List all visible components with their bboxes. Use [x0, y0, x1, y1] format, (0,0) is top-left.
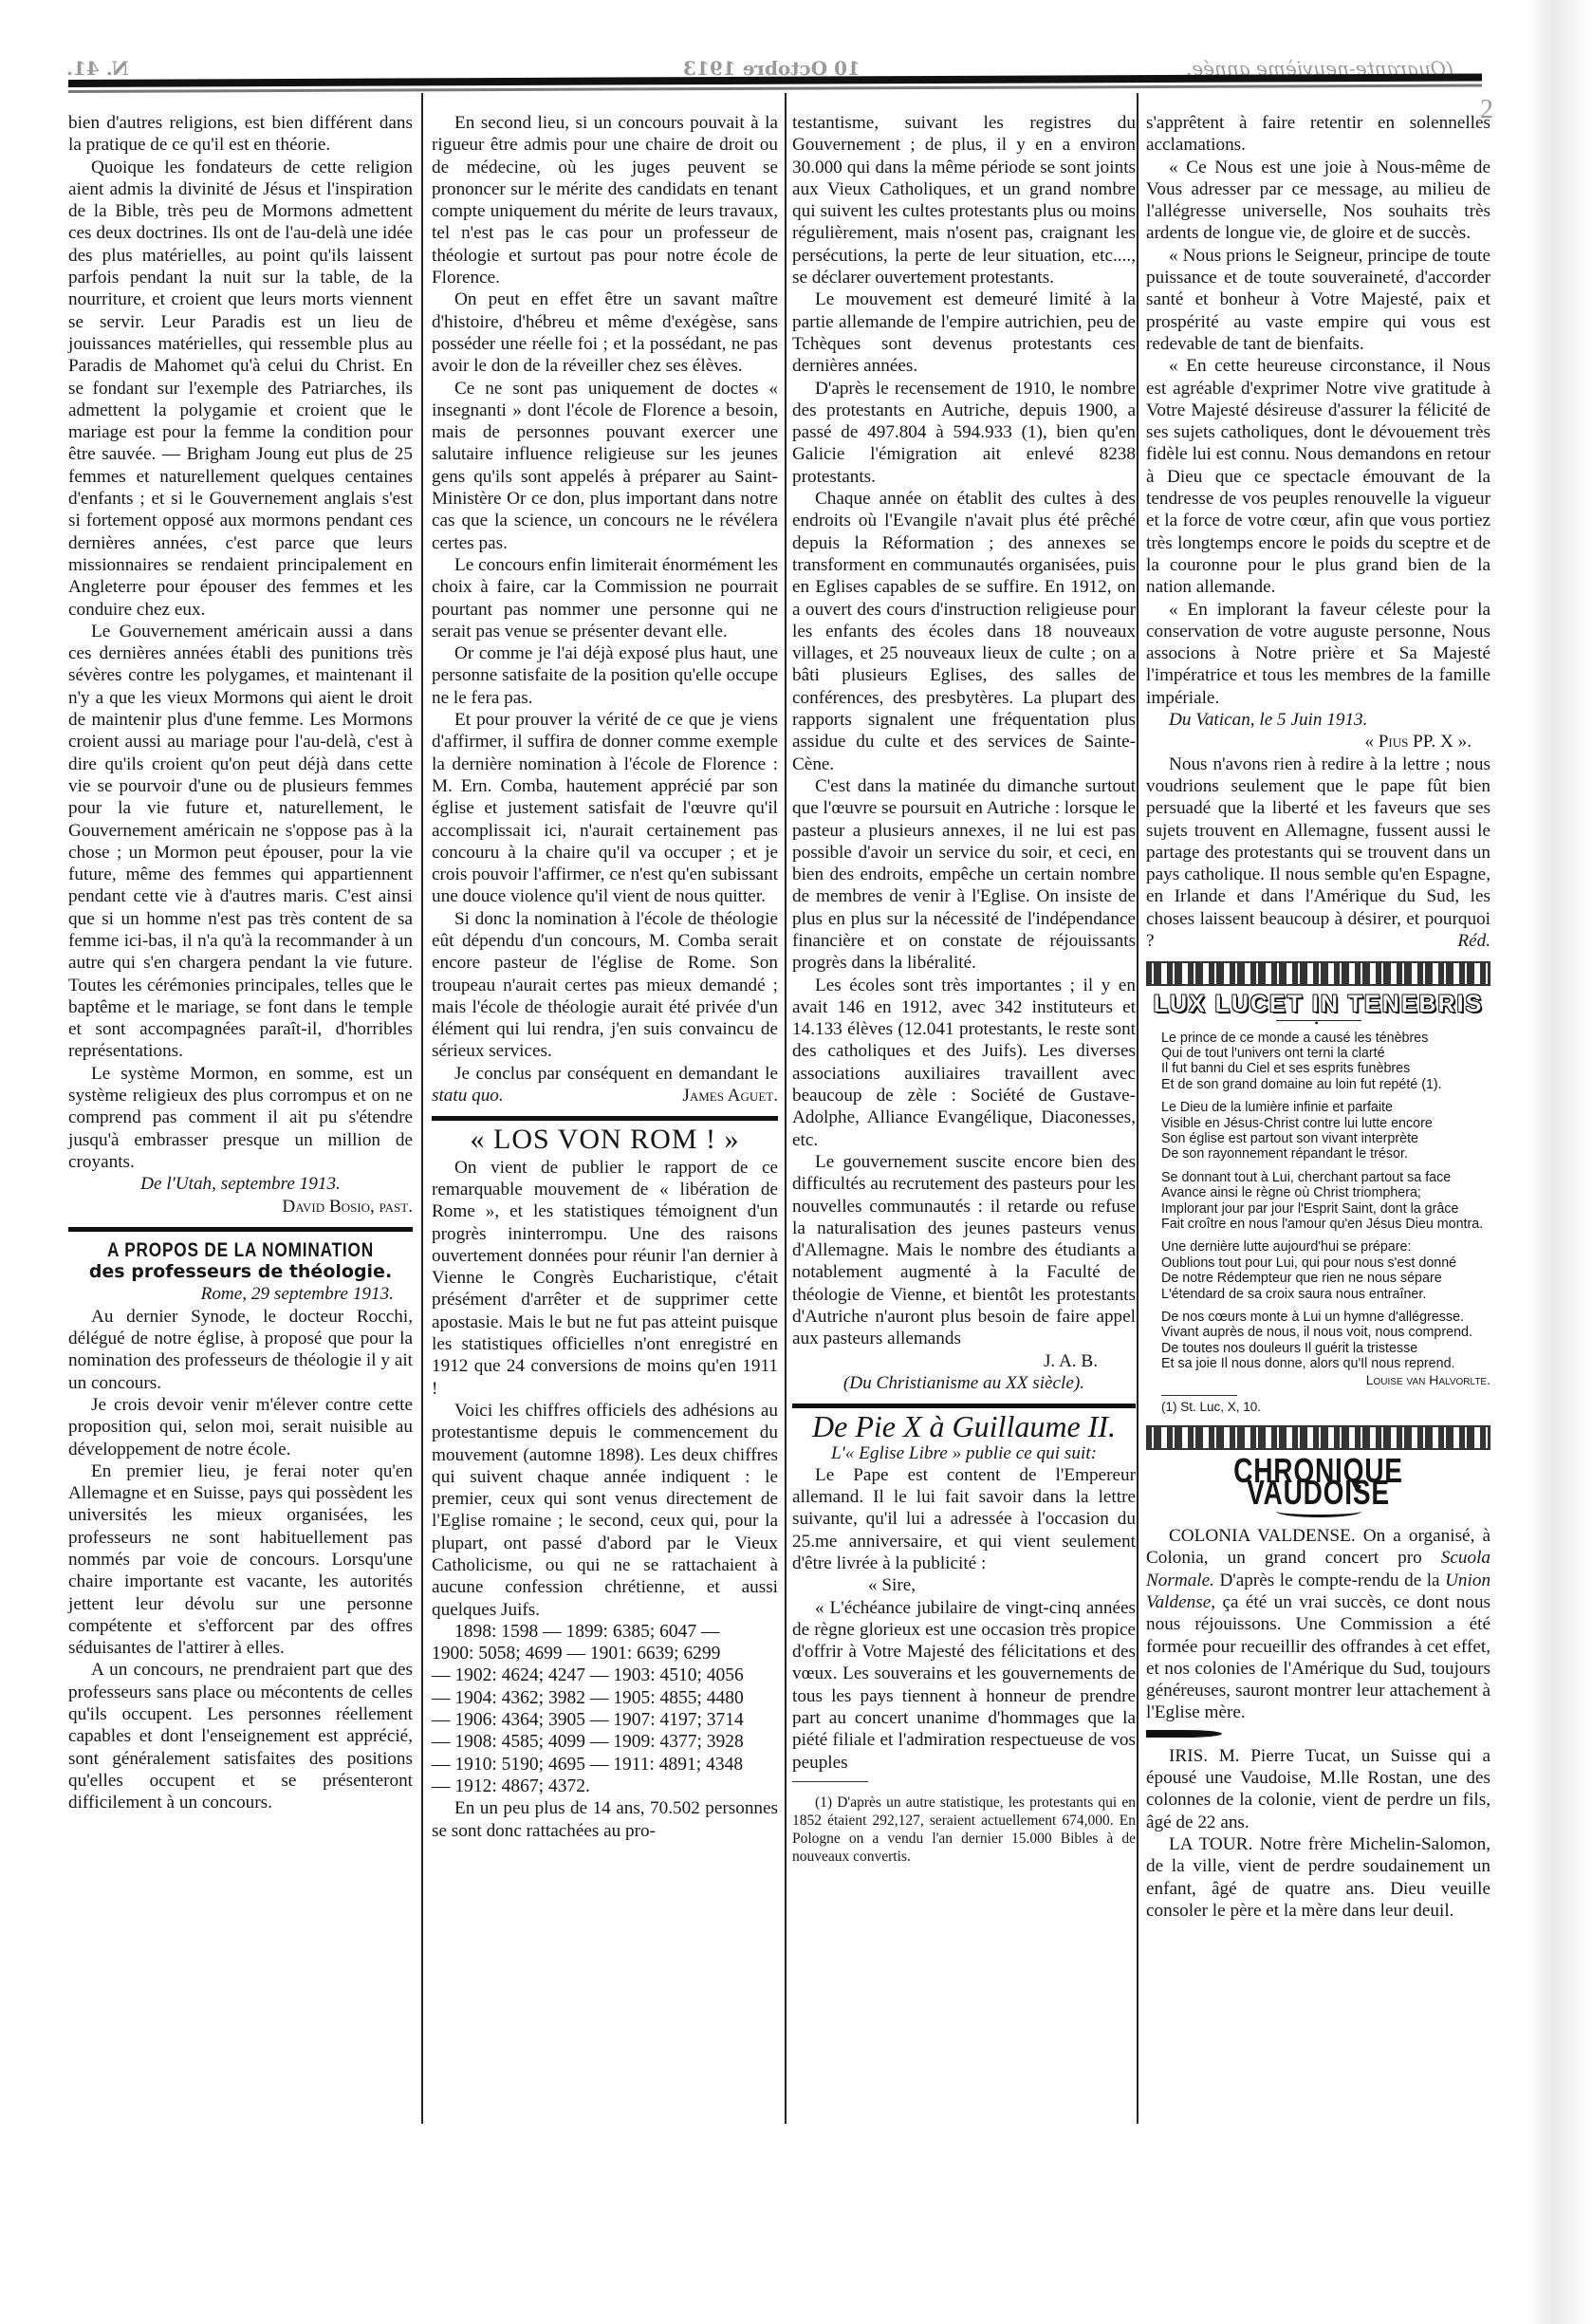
column-3: testantisme, suivant les registres du Go… [792, 112, 1136, 1866]
statistics-line: — 1904: 4362; 3982 — 1905: 4855; 4480 [432, 1687, 778, 1709]
poem-line: De toutes nos douleurs Il guérit la tris… [1161, 1341, 1490, 1356]
article-source: (Du Christianisme au XX siècle). [792, 1372, 1136, 1394]
editor-note: Nous n'avons rien à redire à la lettre ;… [1146, 753, 1490, 953]
conclusion-italic: statu quo. [432, 1086, 504, 1106]
poem-line: Avance ainsi le règne où Christ triomphe… [1161, 1185, 1490, 1200]
article-signature: David Bosio, past. [68, 1196, 413, 1218]
article-signature: J. A. B. [792, 1350, 1136, 1372]
article-dateline: De l'Utah, septembre 1913. [68, 1173, 413, 1195]
news-place: IRIS. [1169, 1746, 1208, 1766]
poem-line: Se donnant tout à Lui, cherchant partout… [1161, 1170, 1490, 1185]
footnote-rule [1161, 1395, 1237, 1396]
poem-signature: Louise van Halvorlte. [1161, 1372, 1490, 1387]
paragraph: Le Pape est content de l'Empereur allema… [792, 1464, 1136, 1574]
article-separator [432, 1116, 778, 1121]
paragraph: Or comme je l'ai déjà exposé plus haut, … [432, 642, 778, 709]
poem-footnote: (1) St. Luc, X, 10. [1161, 1400, 1490, 1415]
paragraph: On vient de publier le rapport de ce rem… [432, 1157, 778, 1400]
conversion-statistics: 1898: 1598 — 1899: 6385; 6047 — 1900: 50… [432, 1621, 778, 1797]
poem-line: Visible en Jésus-Christ contre lui lutte… [1161, 1116, 1490, 1131]
paragraph: bien d'autres religions, est bien différ… [68, 112, 413, 157]
conclusion-paragraph: Je conclus par conséquent en demandant l… [432, 1063, 778, 1107]
issue-number: N. 41. [66, 57, 129, 80]
paragraph: D'après le recensement de 1910, le nombr… [792, 378, 1136, 488]
footnote: (1) D'après un autre statistique, les pr… [792, 1790, 1136, 1866]
article-signature: James Aguet. [659, 1085, 778, 1106]
paragraph: En premier lieu, je ferai noter qu'en Al… [68, 1460, 413, 1660]
statistics-line: 1900: 5058; 4699 — 1901: 6639; 6299 [432, 1643, 778, 1664]
article-separator [68, 1227, 413, 1232]
paragraph: A un concours, ne prendraient part que d… [68, 1659, 413, 1813]
statistics-line: — 1902: 4624; 4247 — 1903: 4510; 4056 [432, 1664, 778, 1686]
paragraph: « En cette heureuse circonstance, il Nou… [1146, 355, 1490, 598]
paragraph: Le système Mormon, en somme, est un syst… [68, 1063, 413, 1173]
statistics-line: — 1910: 5190; 4695 — 1911: 4891; 4348 [432, 1754, 778, 1776]
article-subtitle: L'« Eglise Libre » publie ce qui suit: [792, 1442, 1136, 1464]
poem-line: De nos cœurs monte à Lui un hymne d'allé… [1161, 1310, 1490, 1325]
page-edge-shadow [1527, 0, 1592, 2324]
paragraph: Et pour prouver la vérité de ce que je v… [432, 709, 778, 908]
news-text: D'après le compte-rendu de la [1219, 1571, 1439, 1590]
paragraph: En un peu plus de 14 ans, 70.502 personn… [432, 1797, 778, 1842]
statistics-line: 1898: 1598 — 1899: 6385; 6047 — [432, 1621, 778, 1643]
letter-signature: « Pius PP. X ». [1146, 731, 1490, 753]
article-dateline: Rome, 29 septembre 1913. [68, 1283, 413, 1305]
statistics-line: — 1906: 4364; 3905 — 1907: 4197; 3714 [432, 1709, 778, 1731]
paragraph: « L'échéance jubilaire de vingt-cinq ann… [792, 1597, 1136, 1774]
paragraph: testantisme, suivant les registres du Go… [792, 112, 1136, 288]
poem-line: Qui de tout l'univers ont terni la clart… [1161, 1046, 1490, 1061]
article-title: De Pie X à Guillaume II. [792, 1416, 1136, 1438]
poem-line: Et de son grand domaine au loin fut repé… [1161, 1077, 1490, 1092]
poem: Le prince de ce monde a causé les ténèbr… [1146, 1031, 1490, 1416]
poem-stanza: Se donnant tout à Lui, cherchant partout… [1161, 1170, 1490, 1233]
letter-dateline: Du Vatican, le 5 Juin 1913. [1146, 709, 1490, 731]
column-1: bien d'autres religions, est bien différ… [68, 112, 413, 1814]
article-subtitle: des professeurs de théologie. [68, 1261, 413, 1283]
paragraph: En second lieu, si un concours pouvait à… [432, 112, 778, 288]
poem-line: Et sa joie Il nous donne, alors qu'Il no… [1161, 1356, 1490, 1371]
conclusion-text: Je conclus par conséquent en demandant l… [454, 1064, 778, 1084]
newspaper-page: N. 41. 10 Octobre 1913 (Quarante-neuvièm… [0, 0, 1592, 2324]
ornamental-border [1146, 961, 1490, 986]
paragraph: « Nous prions le Seigneur, principe de t… [1146, 245, 1490, 355]
ink-blot [1146, 1730, 1222, 1738]
column-divider [785, 93, 787, 2124]
article-separator [792, 1404, 1136, 1408]
footnote-text: (1) D'après un autre statistique, les pr… [792, 1794, 1136, 1866]
paragraph: Le Gouvernement américain aussi a dans c… [68, 621, 413, 1063]
title-rule [1276, 1020, 1361, 1021]
paragraph: On peut en effet être un savant maître d… [432, 288, 778, 377]
section-title: CHRONIQUE VAUDOISE [1184, 1459, 1453, 1504]
article-title: A PROPOS DE LA NOMINATION [100, 1239, 382, 1261]
news-item: LA TOUR. Notre frère Michelin-Salomon, d… [1146, 1833, 1490, 1922]
poem-stanza: De nos cœurs monte à Lui un hymne d'allé… [1161, 1310, 1490, 1372]
poem-line: Vivant auprès de nous, il nous voit, nou… [1161, 1325, 1490, 1340]
column-2: En second lieu, si un concours pouvait à… [432, 112, 778, 1842]
paragraph: Le concours enfin limiterait énormément … [432, 554, 778, 642]
news-place: COLONIA VALDENSE. [1169, 1526, 1356, 1546]
poem-stanza: Une dernière lutte aujourd'hui se prépar… [1161, 1239, 1490, 1302]
poem-line: Il fut banni du Ciel et ses esprits funè… [1161, 1061, 1490, 1076]
paragraph: « Ce Nous est une joie à Nous-même de Vo… [1146, 157, 1490, 245]
footnote-rule [792, 1781, 868, 1782]
paragraph: s'apprêtent à faire retentir en solennel… [1146, 112, 1490, 157]
poem-line: Le prince de ce monde a causé les ténèbr… [1161, 1031, 1490, 1046]
column-4: s'apprêtent à faire retentir en solennel… [1146, 112, 1490, 1922]
poem-line: Une dernière lutte aujourd'hui se prépar… [1161, 1239, 1490, 1255]
statistics-line: — 1908: 4585; 4099 — 1909: 4377; 3928 [432, 1731, 778, 1753]
paragraph: Voici les chiffres officiels des adhésio… [432, 1400, 778, 1621]
article-title: « LOS VON ROM ! » [432, 1128, 778, 1150]
poem-line: Son église est partout son vivant interp… [1161, 1131, 1490, 1146]
poem-line: L'étendard de sa croix saura nous entraî… [1161, 1287, 1490, 1302]
letter-salutation: « Sire, [792, 1574, 1136, 1596]
poem-line: Oublions tout pour Lui, qui pour nous s'… [1161, 1255, 1490, 1271]
paragraph: C'est dans la matinée du dimanche surtou… [792, 775, 1136, 975]
poem-stanza: Le prince de ce monde a causé les ténèbr… [1161, 1031, 1490, 1093]
statistics-line: — 1912: 4867; 4372. [432, 1776, 778, 1797]
poem-line: Fait croître en nous l'amour qu'en Jésus… [1161, 1217, 1490, 1232]
paragraph: « En implorant la faveur céleste pour la… [1146, 599, 1490, 709]
editor-signature: Réd. [1435, 930, 1490, 952]
news-item: COLONIA VALDENSE. On a organisé, à Colon… [1146, 1525, 1490, 1724]
column-divider [1137, 93, 1138, 2124]
poem-line: Le Dieu de la lumière infinie et parfait… [1161, 1100, 1490, 1115]
paragraph: Quoique les fondateurs de cette religion… [68, 157, 413, 621]
news-place: LA TOUR. [1169, 1834, 1252, 1854]
poem-line: De notre Rédempteur que rien ne nous sép… [1161, 1271, 1490, 1286]
paragraph: Au dernier Synode, le docteur Rocchi, dé… [68, 1306, 413, 1394]
editor-note-text: Nous n'avons rien à redire à la lettre ;… [1146, 754, 1490, 951]
paragraph: Le mouvement est demeuré limité à la par… [792, 288, 1136, 377]
paragraph: Chaque année on établit des cultes à des… [792, 488, 1136, 775]
ornamental-border [1146, 1425, 1490, 1450]
paragraph: Le gouvernement suscite encore bien des … [792, 1151, 1136, 1350]
poem-line: De son rayonnement répandant le trésor. [1161, 1146, 1490, 1162]
paragraph: Les écoles sont très importantes ; il y … [792, 975, 1136, 1151]
poem-stanza: Le Dieu de la lumière infinie et parfait… [1161, 1100, 1490, 1162]
paragraph: Je crois devoir venir m'élever contre ce… [68, 1394, 413, 1460]
poem-line: Implorant jour par jour l'Esprit Saint, … [1161, 1201, 1490, 1217]
paragraph: Si donc la nomination à l'école de théol… [432, 908, 778, 1063]
column-divider [421, 93, 423, 2124]
news-item: IRIS. M. Pierre Tucat, un Suisse qui a é… [1146, 1745, 1490, 1833]
paragraph: Ce ne sont pas uniquement de doctes « in… [432, 378, 778, 554]
